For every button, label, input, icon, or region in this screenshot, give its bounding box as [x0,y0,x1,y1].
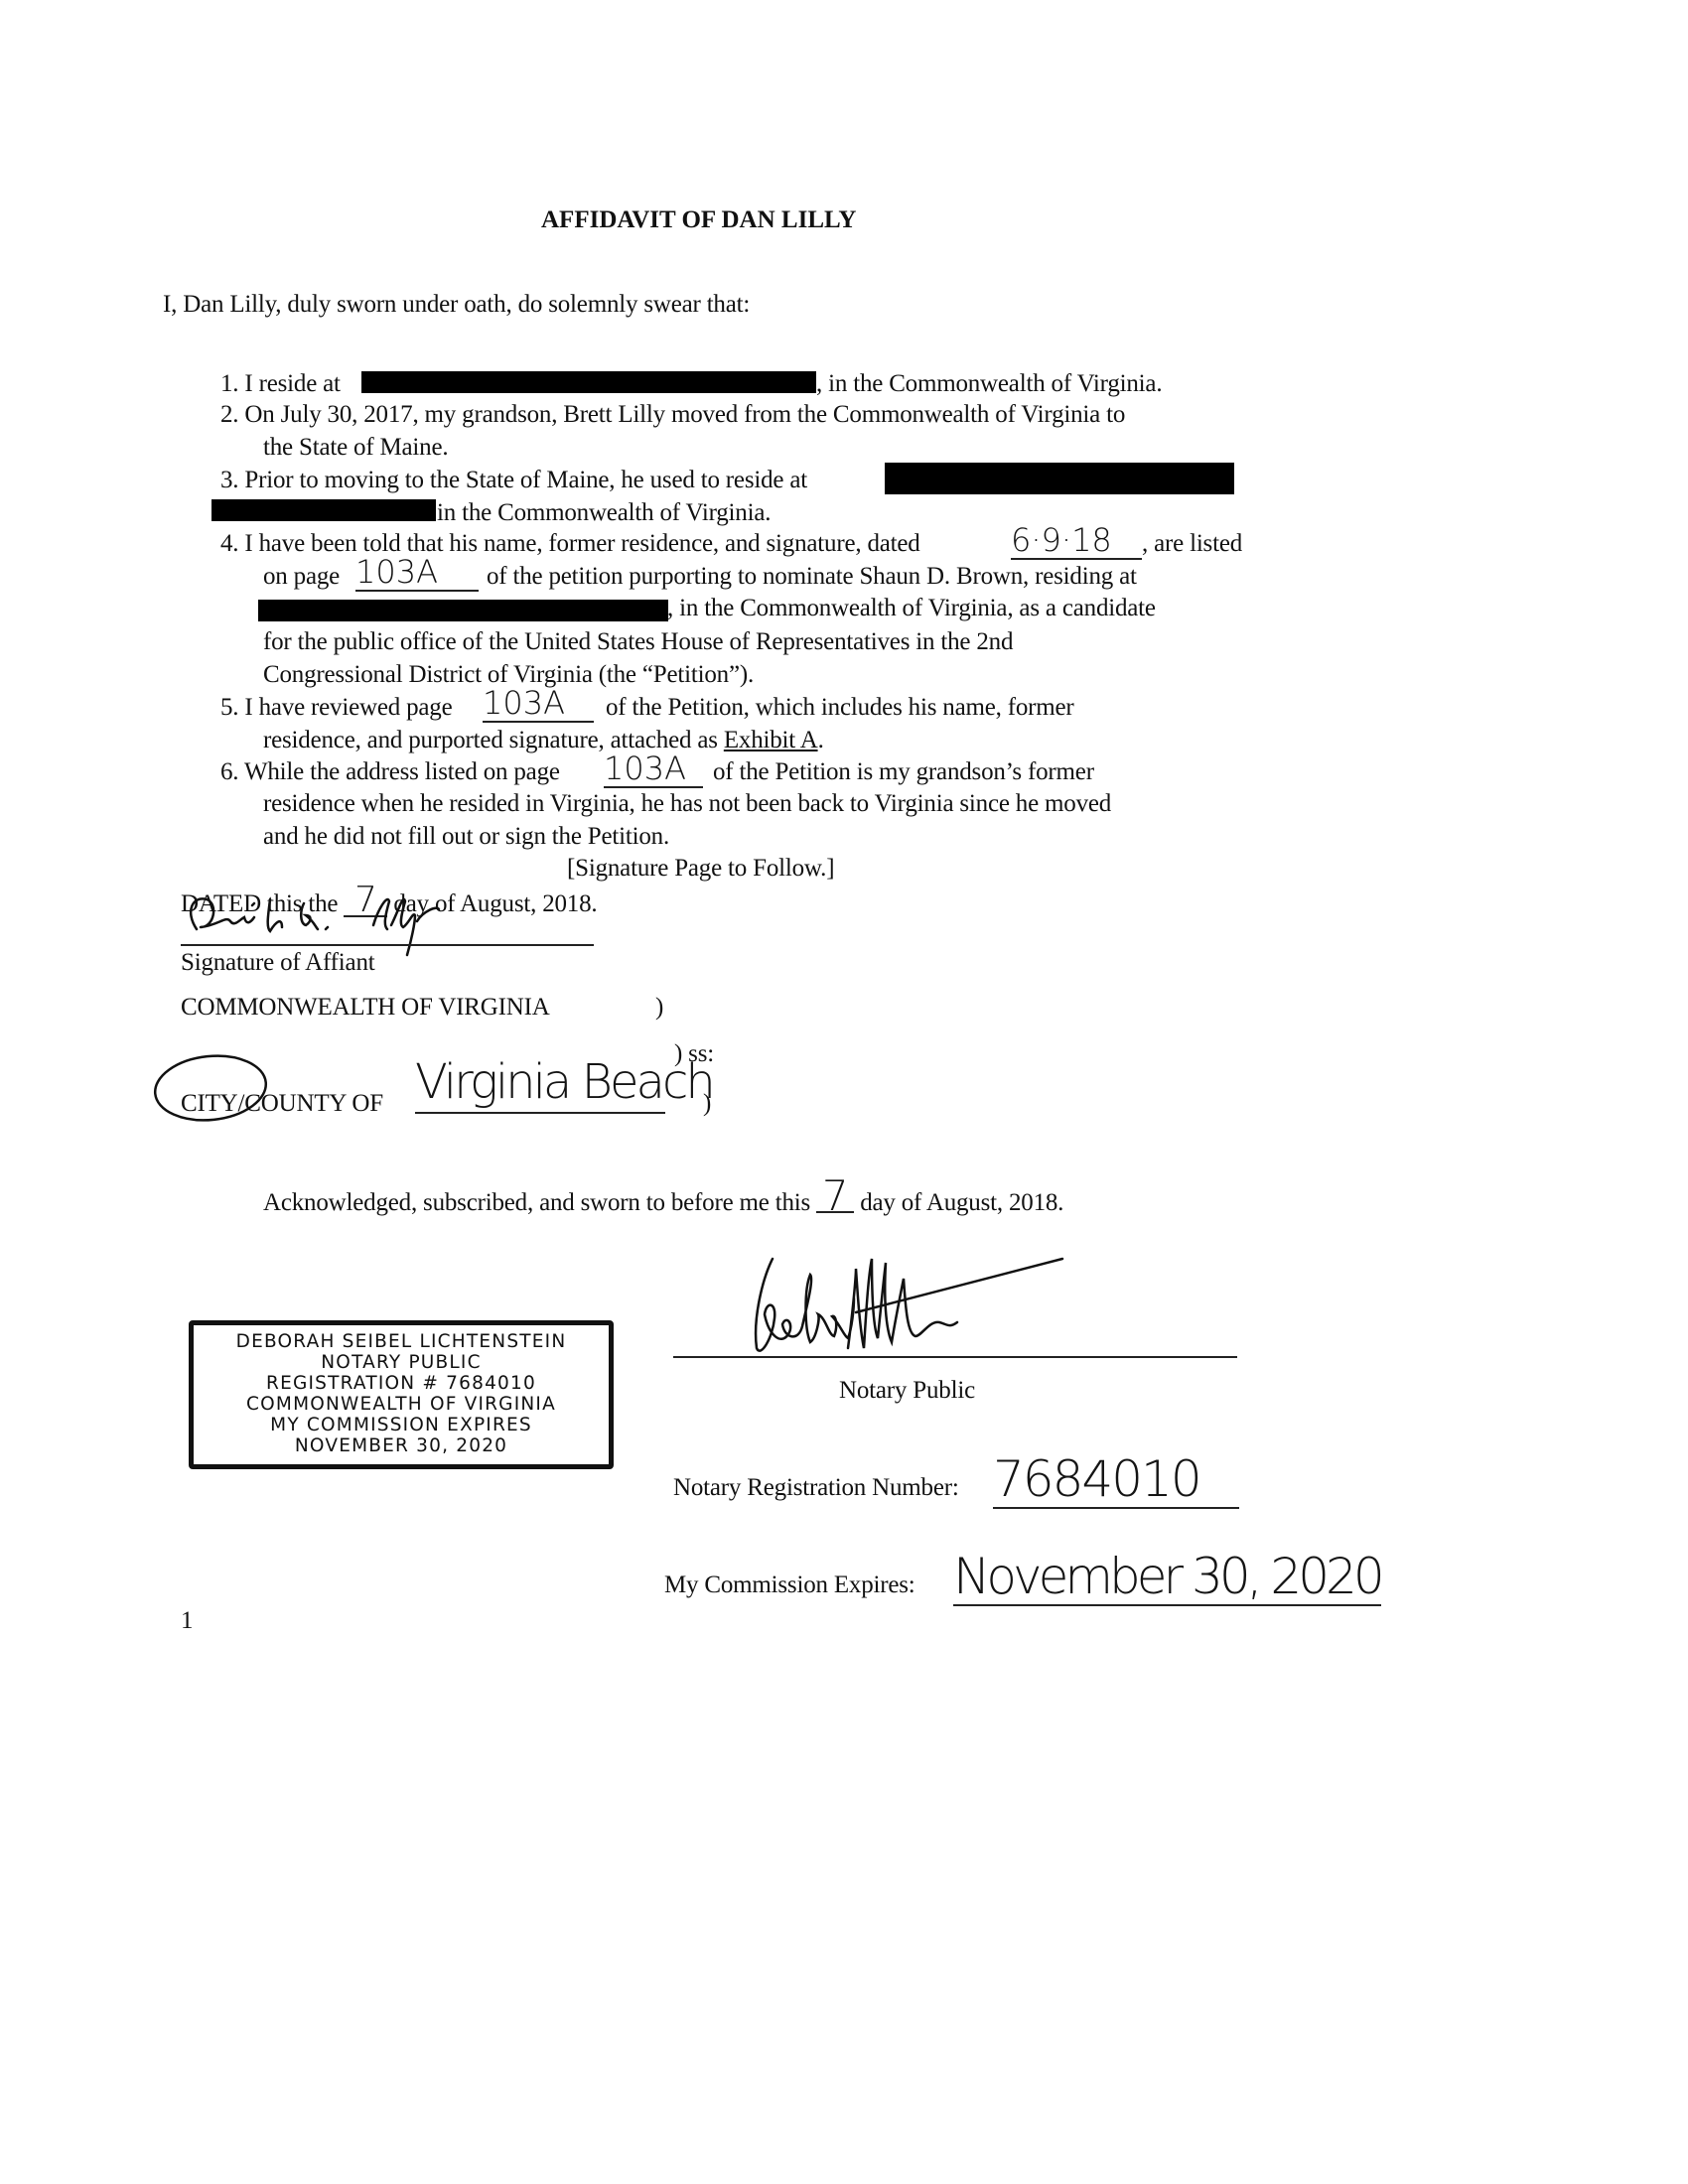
handwritten-commission-date: November 30, 2020 [953,1549,1381,1606]
item-4-line-4: for the public office of the United Stat… [263,627,1013,657]
stamp-line: NOVEMBER 30, 2020 [194,1435,609,1456]
affiant-signature-line [181,944,594,946]
item-number: 2. [220,401,238,428]
item-6: 6. While the address listed on page [220,757,560,787]
handwritten-page-number: 103A [355,554,479,592]
registration-label: Notary Registration Number: [673,1473,959,1503]
handwritten-page-number: 103A [604,751,703,788]
intro-paragraph: I, Dan Lilly, duly sworn under oath, do … [163,290,750,320]
item-2: 2. On July 30, 2017, my grandson, Brett … [220,400,1125,430]
item-5-line-2: residence, and purported signature, atta… [263,726,824,755]
item-number: 4. [220,530,238,557]
item-text: On July 30, 2017, my grandson, Brett Lil… [244,401,1125,428]
city-circle-mark [147,1050,276,1130]
item-2-line-2: the State of Maine. [263,433,448,463]
handwritten-registration-number: 7684010 [993,1451,1239,1509]
stamp-line: MY COMMISSION EXPIRES [194,1415,609,1435]
document-title: AFFIDAVIT OF DAN LILLY [541,206,856,234]
item-4-line-2: of the petition purporting to nominate S… [487,562,1137,592]
item-text: While the address listed on page [244,758,560,785]
item-6-line-3: and he did not fill out or sign the Peti… [263,822,669,852]
venue-paren: ) [655,993,663,1023]
item-4-suffix: , are listed [1142,529,1242,559]
redacted-address [885,463,1234,494]
stamp-line: NOTARY PUBLIC [194,1352,609,1373]
redacted-address [258,600,668,621]
signature-page-note: [Signature Page to Follow.] [567,854,834,884]
notary-signature [745,1239,1072,1368]
item-1-suffix: , in the Commonwealth of Virginia. [816,369,1162,399]
exhibit-a-reference: Exhibit A [724,727,818,753]
item-3: 3. Prior to moving to the State of Maine… [220,466,807,495]
handwritten-locality: Virginia Beach [415,1052,665,1114]
commission-label: My Commission Expires: [664,1570,915,1600]
item-number: 5. [220,694,238,721]
stamp-line: DEBORAH SEIBEL LICHTENSTEIN [194,1331,609,1352]
item-4-line-2-prefix: on page [263,562,340,592]
item-text: Prior to moving to the State of Maine, h… [244,467,807,493]
item-1: 1. I reside at [220,369,341,399]
notary-stamp: DEBORAH SEIBEL LICHTENSTEIN NOTARY PUBLI… [189,1320,614,1469]
handwritten-page-number: 103A [483,685,594,723]
item-5: 5. I have reviewed page [220,693,453,723]
item-3-line-2: in the Commonwealth of Virginia. [437,498,771,528]
item-5-line-1: of the Petition, which includes his name… [606,693,1074,723]
stamp-line: COMMONWEALTH OF VIRGINIA [194,1394,609,1415]
item-4-line-3: , in the Commonwealth of Virginia, as a … [667,594,1156,623]
item-4: 4. I have been told that his name, forme… [220,529,920,559]
item-6-line-2: residence when he resided in Virginia, h… [263,789,1111,819]
stamp-line: REGISTRATION # 7684010 [194,1373,609,1394]
item-number: 6. [220,758,238,785]
item-6-line-1: of the Petition is my grandson’s former [713,757,1094,787]
item-text: I have reviewed page [244,694,452,721]
item-number: 3. [220,467,238,493]
page-number: 1 [181,1606,193,1636]
item-text: I have been told that his name, former r… [244,530,919,557]
handwritten-day: 7 [816,1181,854,1213]
venue-state: COMMONWEALTH OF VIRGINIA [181,993,550,1023]
affiant-signature-label: Signature of Affiant [181,948,375,978]
acknowledgment-line: Acknowledged, subscribed, and sworn to b… [263,1181,1063,1218]
redacted-address [211,499,436,521]
redacted-address [361,371,816,393]
venue-paren: ) [703,1089,711,1119]
item-text: I reside at [244,370,340,397]
notary-public-label: Notary Public [839,1376,975,1406]
notary-signature-line [673,1356,1237,1358]
item-number: 1. [220,370,238,397]
handwritten-date: 6·9·18 [1011,522,1142,560]
